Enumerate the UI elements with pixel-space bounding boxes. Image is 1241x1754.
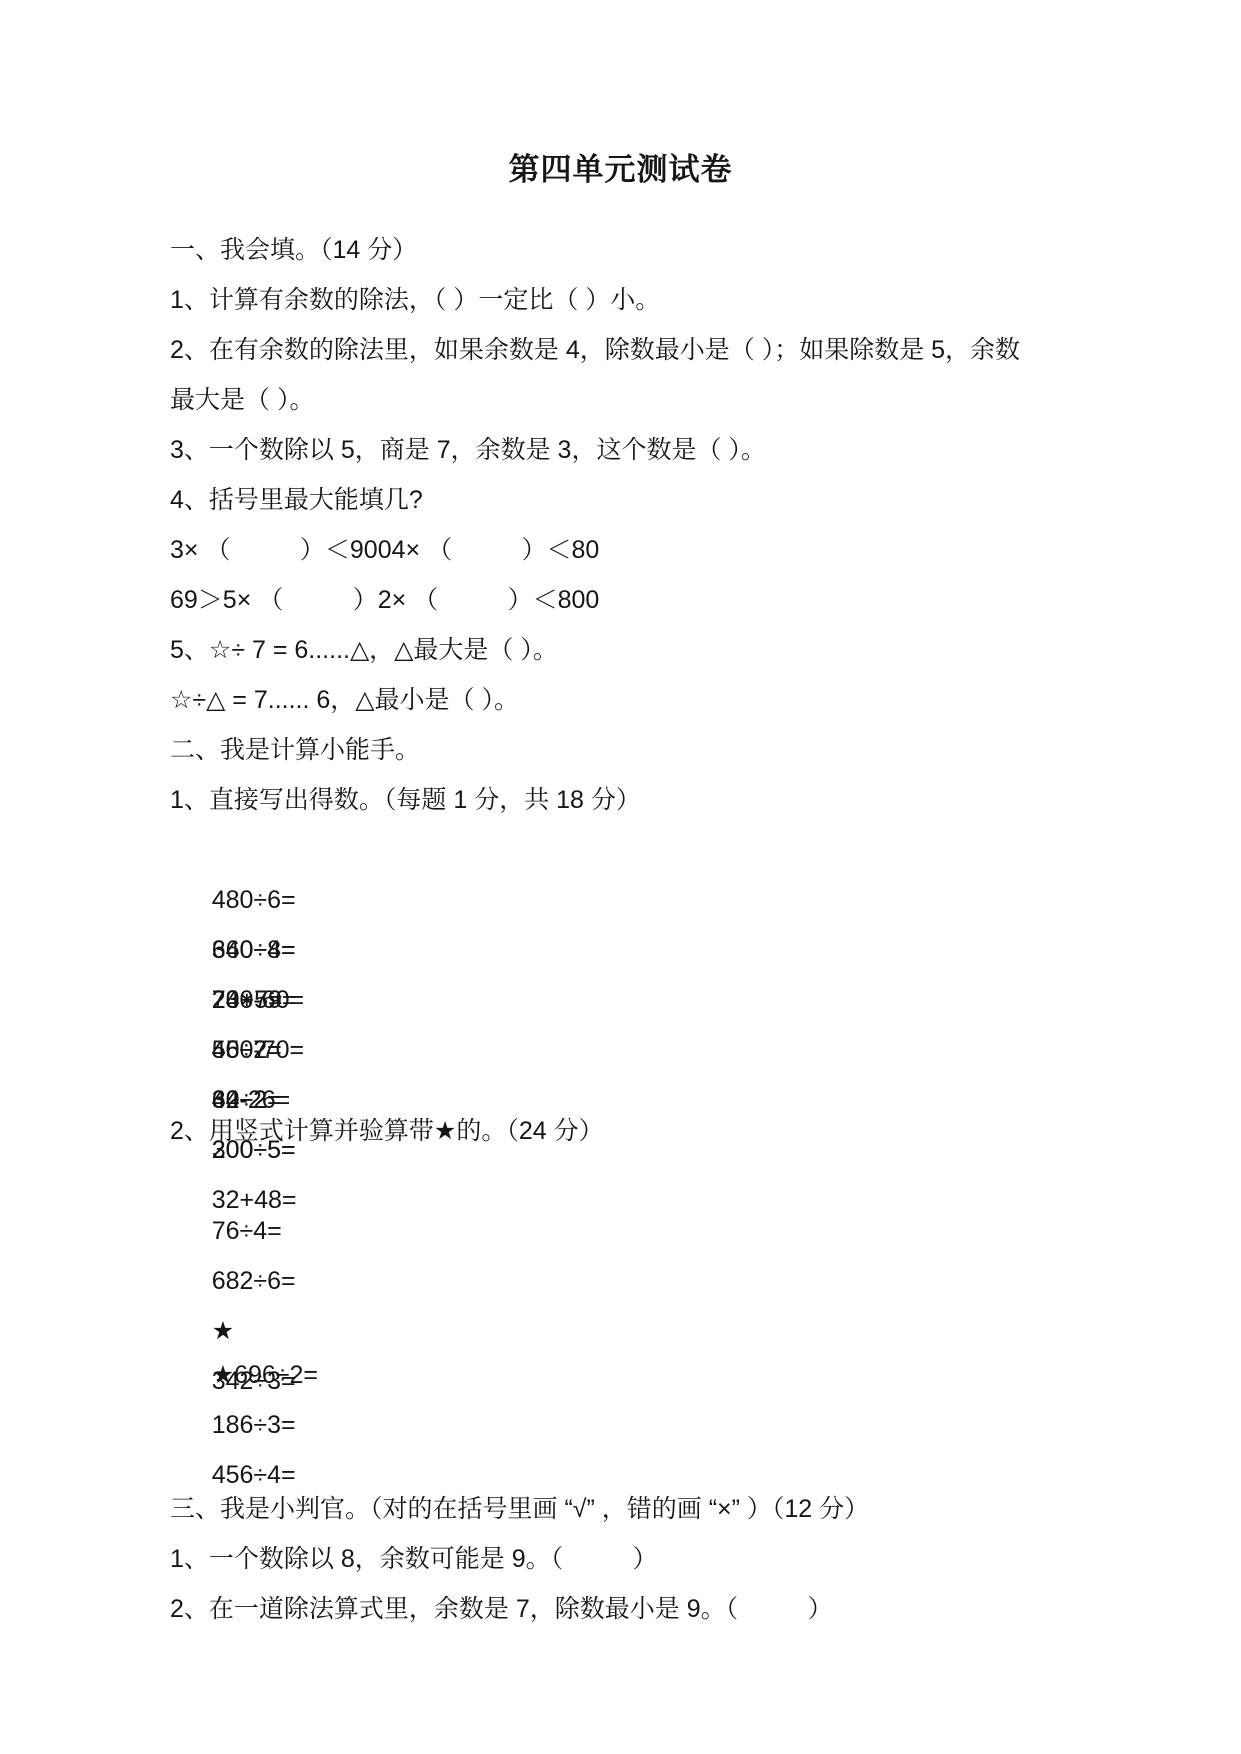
oral-calc-row-1: 480÷6= 640÷8= 240-60= — [170, 825, 1161, 875]
test-paper-page: 第四单元测试卷 一、我会填。（14 分） 1、计算有余数的除法，（ ）一定比（ … — [0, 0, 1241, 1754]
section1-item4-expression2: 69＞5× （ ）2× （ ）＜800 — [170, 575, 1161, 625]
section1-item5-line2: ☆÷△ = 7...... 6，△最小是（ ）。 — [170, 675, 1161, 725]
section2-part2-heading: 2、用竖式计算并验算带★的。（24 分） — [170, 1106, 1161, 1156]
section3-heading: 三、我是小判官。（对的在括号里画 “√” ，错的画 “×” ）（12 分） — [170, 1484, 1161, 1534]
vertical-problem: 186÷3= — [212, 1400, 298, 1450]
oral-problem: 70×7= — [212, 975, 322, 1025]
vertical-problem: 682÷6= — [212, 1256, 296, 1306]
page-content: 一、我会填。（14 分） 1、计算有余数的除法，（ ）一定比（ ）小。 2、在有… — [0, 225, 1241, 1634]
oral-problem: 480÷6= — [212, 875, 322, 925]
section1-item2-line1: 2、在有余数的除法里，如果余数是 4，除数最小是（ ）；如果除数是 5，余数 — [170, 325, 1161, 375]
section2-part1-heading: 1、直接写出得数。（每题 1 分，共 18 分） — [170, 775, 1161, 825]
vertical-problem-starred: ★696÷2= — [212, 1350, 318, 1400]
section3-item2: 2、在一道除法算式里，余数是 7，除数最小是 9。（ ） — [170, 1584, 1161, 1634]
section1-heading: 一、我会填。（14 分） — [170, 225, 1161, 275]
vertical-calc-row-2: ★696÷2= 186÷3= 456÷4= — [170, 1300, 1161, 1350]
vertical-problem: 76÷4= — [212, 1206, 302, 1256]
section2-heading: 二、我是计算小能手。 — [170, 725, 1161, 775]
section1-item1: 1、计算有余数的除法，（ ）一定比（ ）小。 — [170, 275, 1161, 325]
oral-problem: 360÷4= — [212, 925, 322, 975]
section1-item2-line2: 最大是（ ）。 — [170, 375, 1161, 425]
section1-item4-expression1: 3× （ ）＜9004× （ ）＜80 — [170, 525, 1161, 575]
section3-item1: 1、一个数除以 8，余数可能是 9。（ ） — [170, 1534, 1161, 1584]
page-title: 第四单元测试卷 — [0, 0, 1241, 200]
oral-problem: 40÷2= — [212, 1025, 322, 1075]
section1-item3: 3、一个数除以 5，商是 7，余数是 3，这个数是（ ）。 — [170, 425, 1161, 475]
section1-item4: 4、括号里最大能填几? — [170, 475, 1161, 525]
section1-item5-line1: 5、☆÷ 7 = 6......△，△最大是（ ）。 — [170, 625, 1161, 675]
star-marker-icon: ★ — [212, 1306, 257, 1356]
